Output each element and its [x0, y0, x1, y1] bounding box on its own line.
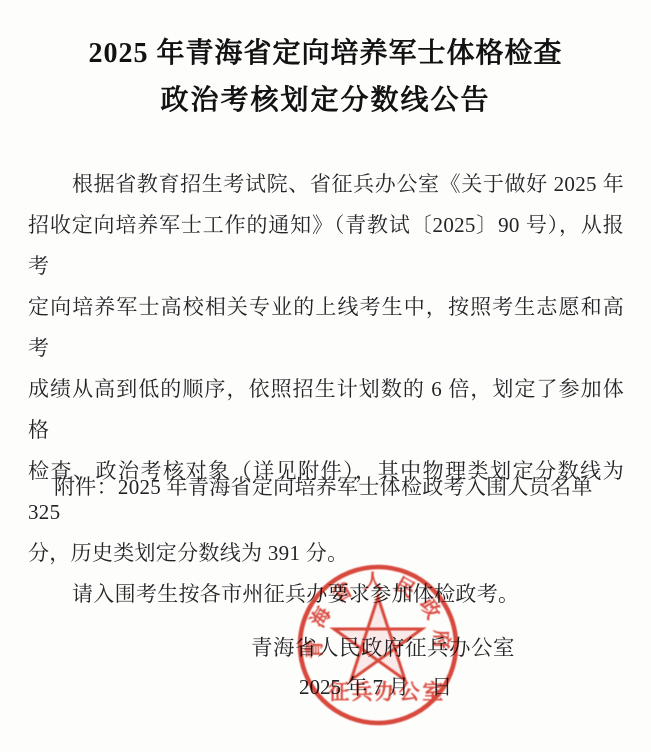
body-line: 定向培养军士高校相关专业的上线考生中，按照考生志愿和高考 — [28, 287, 624, 369]
body-line: 根据省教育招生考试院、省征兵办公室《关于做好 2025 年 — [28, 164, 624, 205]
body-paragraph-2: 请入围考生按各市州征兵办要求参加体检政考。 — [28, 574, 624, 615]
body-line: 招收定向培养军士工作的通知》（青教试〔2025〕90 号），从报考 — [28, 205, 624, 287]
title-line-1: 2025 年青海省定向培养军士体格检查 — [0, 30, 651, 77]
body-line: 分，历史类划定分数线为 391 分。 — [28, 533, 624, 574]
body-line: 成绩从高到低的顺序，依照招生计划数的 6 倍，划定了参加体格 — [28, 369, 624, 451]
document-page: 2025 年青海省定向培养军士体格检查 政治考核划定分数线公告 根据省教育招生考… — [0, 0, 651, 752]
document-title: 2025 年青海省定向培养军士体格检查 政治考核划定分数线公告 — [0, 30, 651, 124]
signature-date-suffix: 日 — [431, 671, 452, 701]
signature-date: 2025 年 7 月 日 — [299, 671, 452, 701]
signature-date-prefix: 2025 年 7 月 — [299, 671, 409, 701]
signature-organization: 青海省人民政府征兵办公室 — [251, 631, 515, 662]
signature-date-gap — [409, 671, 431, 701]
body-text: 根据省教育招生考试院、省征兵办公室《关于做好 2025 年 招收定向培养军士工作… — [28, 164, 624, 615]
title-line-2: 政治考核划定分数线公告 — [0, 77, 651, 124]
attachment-line: 附件：2025 年青海省定向培养军士体检政考入围人员名单 — [54, 472, 634, 502]
